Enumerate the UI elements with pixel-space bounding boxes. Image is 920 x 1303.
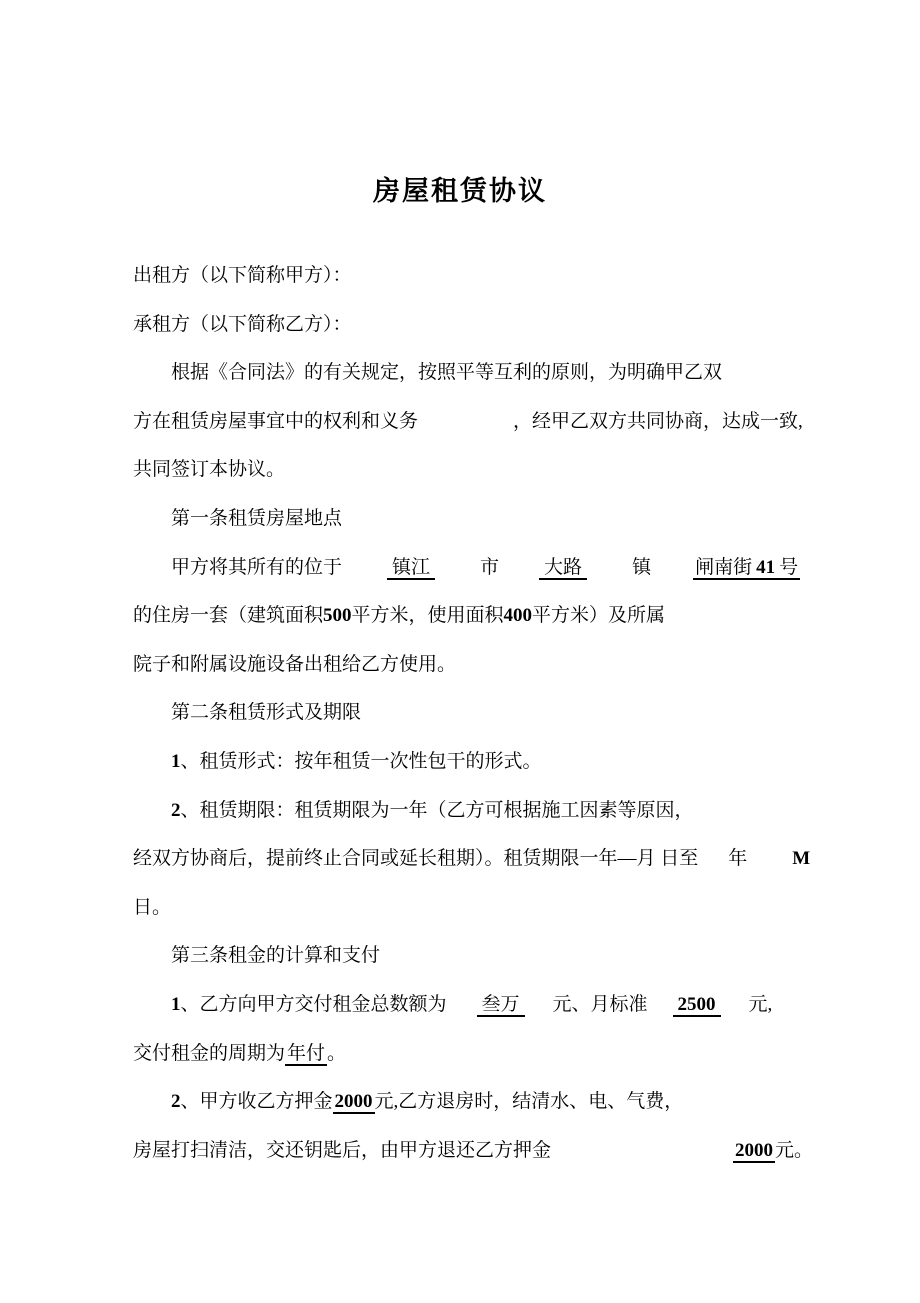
text-segment: 经双方协商后，提前终止合同或延长租期）。租赁期限一年—月 日至 bbox=[133, 848, 698, 869]
text-segment: 。 bbox=[327, 1043, 346, 1064]
blank-gap bbox=[648, 1009, 673, 1010]
filled-blank-text: 2000 bbox=[333, 1091, 375, 1114]
text-segment: 院子和附属设施设备出租给乙方使用。 bbox=[133, 654, 456, 675]
doc-line: 方在租赁房屋事宜中的权利和义务，经甲乙双方共同协商，达成一致, bbox=[133, 398, 810, 447]
text-segment: 2 bbox=[171, 1091, 181, 1112]
text-segment: 元。 bbox=[775, 1140, 813, 1161]
doc-line: 1、租赁形式：按年租赁一次性包干的形式。 bbox=[133, 738, 810, 787]
blank-gap bbox=[747, 863, 792, 864]
text-segment: 市 bbox=[480, 557, 499, 578]
text-segment: 根据《合同法》的有关规定，按照平等互利的原则，为明确甲乙双 bbox=[171, 362, 722, 383]
text-segment: 400 bbox=[504, 605, 533, 626]
blank-gap bbox=[721, 1009, 749, 1010]
text-segment: 元、月标准 bbox=[553, 994, 648, 1015]
blank-gap bbox=[447, 1009, 477, 1010]
text-segment: 第二条租赁形式及期限 bbox=[171, 702, 361, 723]
document-body: 出租方（以下简称甲方）：承租方（以下简称乙方）：根据《合同法》的有关规定，按照平… bbox=[133, 252, 810, 1175]
doc-line: 承租方（以下简称乙方）： bbox=[133, 301, 810, 350]
text-segment: 的住房一套（建筑面积 bbox=[133, 605, 323, 626]
text-segment: ，经甲乙双方共同协商，达成一致, bbox=[513, 411, 803, 432]
blank-gap bbox=[342, 572, 387, 573]
doc-line: 院子和附属设施设备出租给乙方使用。 bbox=[133, 641, 810, 690]
filled-blank-text: 叁万 bbox=[477, 994, 525, 1017]
doc-line: 第三条租金的计算和支付 bbox=[133, 932, 810, 981]
doc-line: 交付租金的周期为年付。 bbox=[133, 1030, 810, 1079]
text-segment: 年 bbox=[728, 848, 747, 869]
text-segment: 方在租赁房屋事宜中的权利和义务 bbox=[133, 411, 418, 432]
text-segment: 1 bbox=[171, 994, 181, 1015]
filled-blank-text: 41 bbox=[754, 557, 777, 580]
blank-gap bbox=[551, 1155, 733, 1156]
blank-gap bbox=[651, 572, 693, 573]
doc-line: 房屋打扫清洁，交还钥匙后，由甲方退还乙方押金2000元。 bbox=[133, 1127, 810, 1176]
blank-gap bbox=[499, 572, 539, 573]
filled-blank-text: 闸南街 bbox=[693, 557, 754, 580]
doc-line: 经双方协商后，提前终止合同或延长租期）。租赁期限一年—月 日至年M bbox=[133, 835, 810, 884]
text-segment: 出租方（以下简称甲方）： bbox=[133, 265, 352, 286]
doc-line: 2、甲方收乙方押金2000元,乙方退房时，结清水、电、气费， bbox=[133, 1078, 810, 1127]
text-segment: 承租方（以下简称乙方）： bbox=[133, 314, 352, 335]
doc-line: 1、乙方向甲方交付租金总数额为叁万元、月标准2500元, bbox=[133, 981, 810, 1030]
text-segment: 、租赁形式：按年租赁一次性包干的形式。 bbox=[181, 751, 542, 772]
doc-line: 共同签订本协议。 bbox=[133, 446, 810, 495]
text-segment: 镇 bbox=[632, 557, 651, 578]
doc-line: 2、租赁期限：租赁期限为一年（乙方可根据施工因素等原因， bbox=[133, 787, 810, 836]
text-segment: 、甲方收乙方押金 bbox=[181, 1091, 333, 1112]
blank-gap bbox=[698, 863, 728, 864]
doc-line: 第一条租赁房屋地点 bbox=[133, 495, 810, 544]
blank-gap bbox=[435, 572, 480, 573]
doc-line: 日。 bbox=[133, 884, 810, 933]
text-segment: 第三条租金的计算和支付 bbox=[171, 945, 380, 966]
text-segment: 元, bbox=[749, 994, 773, 1015]
text-segment: 500 bbox=[323, 605, 352, 626]
text-segment: 、乙方向甲方交付租金总数额为 bbox=[181, 994, 447, 1015]
text-segment: 交付租金的周期为 bbox=[133, 1043, 285, 1064]
doc-line: 的住房一套（建筑面积500平方米，使用面积400平方米）及所属 bbox=[133, 592, 810, 641]
doc-line: 根据《合同法》的有关规定，按照平等互利的原则，为明确甲乙双 bbox=[133, 349, 810, 398]
text-segment: 2 bbox=[171, 800, 181, 821]
text-segment: 第一条租赁房屋地点 bbox=[171, 508, 342, 529]
text-segment: 元,乙方退房时，结清水、电、气费， bbox=[375, 1091, 684, 1112]
document-title: 房屋租赁协议 bbox=[0, 173, 920, 209]
text-segment: 房屋打扫清洁，交还钥匙后，由甲方退还乙方押金 bbox=[133, 1140, 551, 1161]
blank-gap bbox=[525, 1009, 553, 1010]
filled-blank-text: 2500 bbox=[673, 994, 721, 1017]
doc-line: 出租方（以下简称甲方）： bbox=[133, 252, 810, 301]
blank-gap bbox=[587, 572, 632, 573]
filled-blank-text: 镇江 bbox=[387, 557, 435, 580]
blank-gap bbox=[418, 426, 513, 427]
text-segment: 平方米）及所属 bbox=[532, 605, 665, 626]
text-segment: 日。 bbox=[133, 897, 171, 918]
filled-blank-text: 大路 bbox=[539, 557, 587, 580]
filled-blank-text: 年付 bbox=[285, 1043, 327, 1066]
doc-line: 甲方将其所有的位于镇江市大路镇闸南街41号 bbox=[133, 544, 810, 593]
text-segment: 共同签订本协议。 bbox=[133, 459, 285, 480]
text-segment: 、租赁期限：租赁期限为一年（乙方可根据施工因素等原因， bbox=[181, 800, 694, 821]
text-segment: M bbox=[792, 848, 810, 869]
document-page: 房屋租赁协议 出租方（以下简称甲方）：承租方（以下简称乙方）：根据《合同法》的有… bbox=[0, 0, 920, 1303]
text-segment: 平方米，使用面积 bbox=[352, 605, 504, 626]
filled-blank-text: 号 bbox=[777, 557, 800, 580]
text-segment: 1 bbox=[171, 751, 181, 772]
filled-blank-text: 2000 bbox=[733, 1140, 775, 1163]
doc-line: 第二条租赁形式及期限 bbox=[133, 689, 810, 738]
text-segment: 甲方将其所有的位于 bbox=[171, 557, 342, 578]
